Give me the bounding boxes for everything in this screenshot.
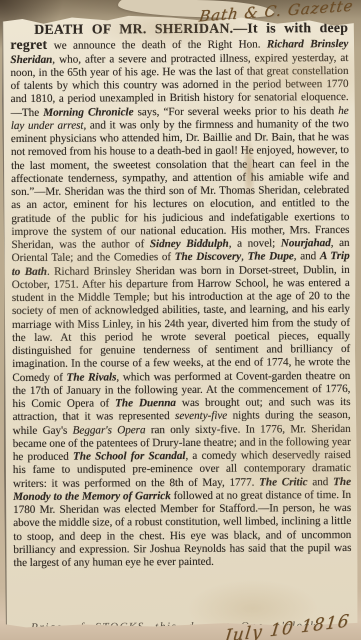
- article-segment: , and: [294, 250, 320, 262]
- article-segment: The Critic: [259, 476, 308, 488]
- article-segment: , and it was only by the firmness and hu…: [11, 118, 350, 251]
- article-segment: The School for Scandal: [73, 450, 186, 463]
- article-segment: The Duenna: [115, 397, 176, 409]
- article-segment: Sidney Biddulph: [150, 238, 229, 250]
- newspaper-clipping: DEATH OF MR. SHERIDAN.—It is with deep r…: [1, 14, 359, 628]
- article-segment: The Rivals: [66, 371, 116, 383]
- article-body: DEATH OF MR. SHERIDAN.—It is with deep r…: [1, 14, 358, 570]
- article-segment: The Discovery: [175, 251, 242, 263]
- article-segment: we announce the death of the Right Hon.: [47, 39, 267, 52]
- scanned-page: DEATH OF MR. SHERIDAN.—It is with deep r…: [0, 0, 361, 640]
- article-segment: , a novel;: [229, 237, 281, 249]
- article-segment: Beggar's Opera: [73, 424, 146, 436]
- article-segment: Nourjahad: [281, 237, 331, 249]
- article-segment: Morning Chronicle: [43, 106, 133, 119]
- article-segment: The Dupe: [248, 251, 294, 263]
- article-segment: and: [308, 476, 334, 488]
- article-segment: . Richard Brinsley Sheridan was born in …: [12, 263, 351, 383]
- article-segment: seventy-five: [175, 410, 227, 422]
- article-segment: says, “For several weeks prior to his de…: [133, 105, 338, 118]
